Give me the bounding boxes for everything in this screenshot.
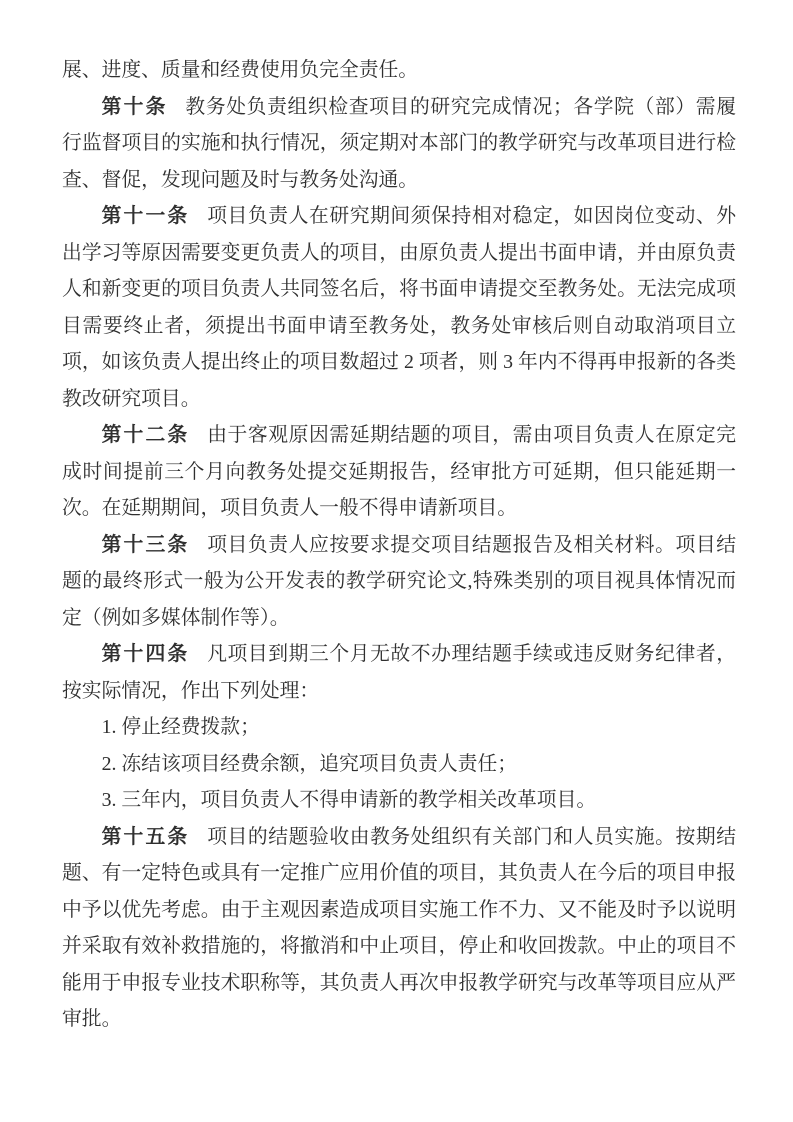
paragraph-article-15: 第十五条项目的结题验收由教务处组织有关部门和人员实施。按期结题、有一定特色或具有… (62, 819, 736, 1038)
article-15-number: 第十五条 (102, 826, 190, 848)
article-13-number: 第十三条 (102, 534, 190, 556)
paragraph-article-14: 第十四条凡项目到期三个月无故不办理结题手续或违反财务纪律者，按实际情况，作出下列… (62, 636, 736, 709)
article-15-text: 项目的结题验收由教务处组织有关部门和人员实施。按期结题、有一定特色或具有一定推广… (62, 826, 736, 1031)
article-11-number: 第十一条 (102, 205, 190, 227)
article-14-number: 第十四条 (102, 643, 190, 665)
document-page: 展、进度、质量和经费使用负完全责任。 第十条教务处负责组织检查项目的研究完成情况… (0, 0, 793, 1122)
article-11-text: 项目负责人在研究期间须保持相对稳定，如因岗位变动、外出学习等原因需要变更负责人的… (62, 205, 736, 410)
article-12-number: 第十二条 (102, 424, 190, 446)
paragraph-article-11: 第十一条项目负责人在研究期间须保持相对稳定，如因岗位变动、外出学习等原因需要变更… (62, 198, 736, 417)
paragraph-article-13: 第十三条项目负责人应按要求提交项目结题报告及相关材料。项目结题的最终形式一般为公… (62, 527, 736, 637)
document-text-block: 展、进度、质量和经费使用负完全责任。 第十条教务处负责组织检查项目的研究完成情况… (62, 52, 736, 1038)
list-item-3: 3. 三年内，项目负责人不得申请新的教学相关改革项目。 (62, 782, 736, 819)
paragraph-article-12: 第十二条由于客观原因需延期结题的项目，需由项目负责人在原定完成时间提前三个月向教… (62, 417, 736, 527)
list-item-1: 1. 停止经费拨款； (62, 709, 736, 746)
paragraph-continuation: 展、进度、质量和经费使用负完全责任。 (62, 52, 736, 89)
article-10-number: 第十条 (102, 96, 168, 118)
paragraph-article-10: 第十条教务处负责组织检查项目的研究完成情况；各学院（部）需履行监督项目的实施和执… (62, 89, 736, 199)
list-item-2: 2. 冻结该项目经费余额，追究项目负责人责任； (62, 746, 736, 783)
